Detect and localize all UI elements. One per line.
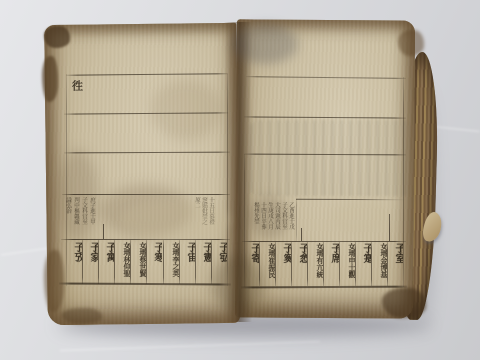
grid-line [403,77,404,287]
entry-annotation-column: 生庚戌八月 [266,202,273,242]
entry-note: 庶出 [301,243,307,255]
genealogy-entry: 子寒見㠯 [148,242,162,286]
entry-note: 見㠯 [269,243,275,255]
entry-note: 墓巽 [253,243,259,255]
entry-annotation-column: 乙酉進士戊 [287,202,294,242]
lineage-connector [103,224,104,239]
page-stain [150,80,222,140]
page-stain [232,24,298,64]
wear-overlay [330,200,390,234]
entry-note: 見㠯 [76,242,82,254]
entry-note: 見㠯 [365,243,371,255]
entry-note: 見匡 [205,242,211,254]
entry-note: 見㠯 [140,242,146,254]
page-stain [250,120,410,196]
left-page-header-character: 徃 [71,80,83,91]
entry-annotation-column: 子文科官至 [80,197,87,239]
genealogy-entry: 女壻李之英見㠯 [165,242,179,286]
genealogy-entry: 子席進士 [325,243,339,287]
entry-note: 見匡 [221,242,227,254]
grid-line [62,194,230,195]
genealogy-entry: 子攷見㠯 [68,242,82,286]
entry-note: 墓五 [108,242,114,254]
entry-note: 早卒 [381,243,387,255]
worn-edge-patch [44,26,70,48]
genealogy-entry: 女壻林仰聖進士 [116,242,130,286]
genealogy-entry: 子憲見匡 [197,242,211,286]
entry-note: 見㠯 [173,242,179,254]
entry-note: 見㠯 [285,243,291,255]
entry-annotation-column: 十四日卒葬 [259,202,266,242]
entry-annotation-column: 判中樞韞藏 [72,197,79,239]
genealogy-entry: 女壻有亢統見㠯 [309,243,323,287]
genealogy-entry: 子宖見匡 [213,242,227,286]
worn-edge-patch [62,308,102,324]
genealogy-entry: 子寄墓巽 [245,243,259,287]
entry-annotation-column: 子文科官至 [280,202,287,242]
entry-annotation-column: 楊州先塋 [252,202,259,242]
entry-annotation-column: 謚弘治 [64,197,71,239]
entry-note: 見㠯 [189,242,195,254]
entry-annotation-column: 大司憲丙辰 [273,202,280,242]
genealogy-entry: 子悆庶出 [293,243,307,287]
lineage-connector [301,228,302,241]
entry-note: 痳甫 [92,242,98,254]
genealogy-entry: 女壻蔡世賢見㠯 [132,242,146,286]
wear-overlay [120,200,230,240]
genealogy-entry: 子寔見㠯 [357,243,371,287]
entry-note: 見㠯 [156,242,162,254]
grid-line [296,199,297,241]
genealogy-entry: 子宙見㠯 [181,242,195,286]
cloth-wrinkle [60,340,320,351]
genealogy-entry: 子寓墓五 [100,242,114,286]
worn-edge-patch [398,30,424,56]
worn-edge-patch [382,288,426,318]
genealogy-entry: 女壻金博基早卒 [373,243,387,287]
genealogy-entry: 子家痳甫 [84,242,98,286]
worn-edge-patch [44,250,64,312]
photo-of-open-genealogy-book: 徃 十五日慕禮 窆貼妣塋之 原二 子鍌監牧 子渷 庶子進士甲 子文科官至 判中樞… [0,0,480,360]
entry-note: 見㠯 [349,243,355,255]
entry-annotation-column: 庶子進士甲 [88,197,95,239]
genealogy-entry: 子寏見㠯 [277,243,291,287]
grid-line [227,74,228,286]
genealogy-entry: 女壻申士觀見㠯 [341,243,355,287]
entry-note: 見㠯 [317,243,323,255]
genealogy-entry: 子室嫡五 [389,243,403,287]
genealogy-entry: 女壻崔振民見㠯 [261,243,275,287]
entry-note: 嫡五 [397,243,403,255]
entry-note: 進士 [333,243,339,255]
entry-note: 進士 [124,242,130,254]
worn-edge-patch [42,56,58,102]
